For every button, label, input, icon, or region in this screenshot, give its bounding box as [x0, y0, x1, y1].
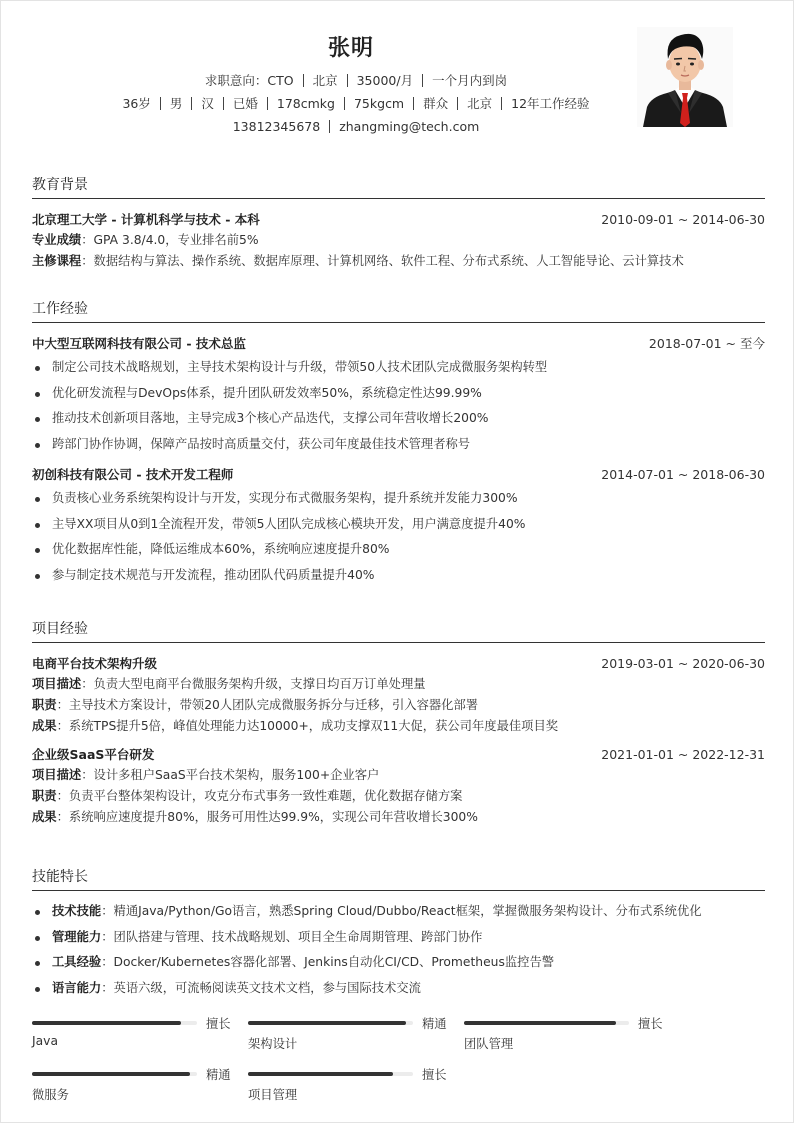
ethnicity: 汉 [201, 96, 214, 111]
project-detail: 成果：系统响应速度提升80%，服务可用性达99.9%，实现公司年营收增长300% [32, 807, 765, 828]
work-section: 工作经验 中大型互联网科技有限公司 - 技术总监 2018-07-01 ~ 至今… [32, 299, 765, 588]
list-item: 优化数据库性能，降低运维成本60%，系统响应速度提升80% [32, 537, 765, 563]
list-item: 制定公司技术战略规划，主导技术架构设计与升级，带领50人技术团队完成微服务架构转… [32, 355, 765, 381]
skill-bar-java: 擅长 Java [32, 1016, 232, 1060]
work-date: 2014-07-01 ~ 2018-06-30 [601, 467, 765, 482]
list-item: 工具经验：Docker/Kubernetes容器化部署、Jenkins自动化CI… [32, 950, 765, 976]
work-years: 12年工作经验 [511, 96, 589, 111]
avatar [637, 27, 733, 127]
detail-value: 数据结构与算法、操作系统、数据库原理、计算机网络、软件工程、分布式系统、人工智能… [94, 254, 684, 268]
detail-label: 职责 [32, 698, 57, 712]
contact-line: 13812345678zhangming@tech.com [1, 118, 711, 136]
skill-detail: 团队搭建与管理、技术战略规划、项目全生命周期管理、跨部门协作 [114, 930, 483, 944]
email: zhangming@tech.com [339, 119, 479, 134]
skill-name: 微服务 [32, 1085, 69, 1103]
separator [422, 74, 423, 87]
detail-label: 主修课程 [32, 254, 81, 268]
section-title-education: 教育背景 [32, 175, 765, 199]
separator [329, 120, 330, 133]
skill-bar-project-management: 擅长 项目管理 [248, 1067, 448, 1111]
separator [344, 97, 345, 110]
project-name: 企业级SaaS平台研发 [32, 745, 154, 763]
school-degree: 北京理工大学 - 计算机科学与技术 - 本科 [32, 210, 260, 228]
availability: 一个月内到岗 [432, 73, 507, 88]
skills-section: 技能特长 技术技能：精通Java/Python/Go语言，熟悉Spring Cl… [32, 867, 765, 1001]
skill-bar-fill [32, 1021, 181, 1025]
list-item: 主导XX项目从0到1全流程开发，带领5人团队完成核心模块开发，用户满意度提升40… [32, 512, 765, 538]
education-detail: 专业成绩：GPA 3.8/4.0，专业排名前5% [32, 230, 765, 251]
skill-level: 精通 [206, 1065, 231, 1083]
section-title-work: 工作经验 [32, 299, 765, 323]
skill-bar-fill [248, 1072, 393, 1076]
detail-value: GPA 3.8/4.0，专业排名前5% [94, 233, 259, 247]
section-title-skills: 技能特长 [32, 867, 765, 891]
separator [501, 97, 502, 110]
company-role: 中大型互联网科技有限公司 - 技术总监 [32, 334, 246, 352]
skill-bar-track [248, 1021, 413, 1025]
section-title-projects: 项目经验 [32, 619, 765, 643]
education-entry-header: 北京理工大学 - 计算机科学与技术 - 本科 2010-09-01 ~ 2014… [32, 208, 765, 230]
separator [267, 97, 268, 110]
expected-salary: 35000/月 [357, 73, 413, 88]
list-item: 技术技能：精通Java/Python/Go语言，熟悉Spring Cloud/D… [32, 899, 765, 925]
detail-label: 专业成绩 [32, 233, 81, 247]
height: 178cmkg [277, 96, 335, 111]
skill-detail: Docker/Kubernetes容器化部署、Jenkins自动化CI/CD、P… [114, 955, 555, 969]
list-item: 参与制定技术规范与开发流程，推动团队代码质量提升40% [32, 563, 765, 589]
separator [347, 74, 348, 87]
skill-name: 架构设计 [248, 1034, 297, 1052]
phone: 13812345678 [233, 119, 320, 134]
detail-value: 主导技术方案设计，带领20人团队完成微服务拆分与迁移，引入容器化部署 [69, 698, 478, 712]
marital-status: 已婚 [233, 96, 258, 111]
skill-category: 技术技能 [52, 904, 101, 918]
work-date: 2018-07-01 ~ 至今 [649, 334, 765, 352]
list-item: 管理能力：团队搭建与管理、技术战略规划、项目全生命周期管理、跨部门协作 [32, 925, 765, 951]
project-detail: 项目描述：负责大型电商平台微服务架构升级，支撑日均百万订单处理量 [32, 674, 765, 695]
detail-label: 项目描述 [32, 768, 81, 782]
skill-level: 擅长 [206, 1014, 231, 1032]
skill-detail: 英语六级，可流畅阅读英文技术文档，参与国际技术交流 [114, 981, 421, 995]
resume-header: 张明 求职意向：CTO北京35000/月一个月内到岗 36岁男汉已婚178cmk… [1, 1, 794, 161]
work-bullets: 制定公司技术战略规划，主导技术架构设计与升级，带领50人技术团队完成微服务架构转… [32, 355, 765, 457]
gender: 男 [170, 96, 183, 111]
skill-category: 管理能力 [52, 930, 101, 944]
separator [303, 74, 304, 87]
skills-bullets: 技术技能：精通Java/Python/Go语言，熟悉Spring Cloud/D… [32, 899, 765, 1001]
skill-bar-fill [464, 1021, 616, 1025]
education-date: 2010-09-01 ~ 2014-06-30 [601, 212, 765, 227]
separator [413, 97, 414, 110]
skill-detail: 精通Java/Python/Go语言，熟悉Spring Cloud/Dubbo/… [114, 904, 702, 918]
project-name: 电商平台技术架构升级 [32, 654, 157, 672]
job-intent-line: 求职意向：CTO北京35000/月一个月内到岗 [1, 72, 711, 90]
separator [191, 97, 192, 110]
project-detail: 项目描述：设计多租户SaaS平台技术架构，服务100+企业客户 [32, 765, 765, 786]
weight: 75kgcm [354, 96, 404, 111]
job-intent: 求职意向：CTO [205, 73, 294, 88]
political-status: 群众 [423, 96, 448, 111]
resume-page: 张明 求职意向：CTO北京35000/月一个月内到岗 36岁男汉已婚178cmk… [0, 0, 794, 1123]
skill-bar-microservices: 精通 微服务 [32, 1067, 232, 1111]
skill-name: 项目管理 [248, 1085, 297, 1103]
project-detail: 成果：系统TPS提升5倍，峰值处理能力达10000+，成功支撑双11大促，获公司… [32, 716, 765, 737]
skill-bars: 擅长 Java 精通 架构设计 擅长 团队管理 精通 微服务 擅长 项目管理 [32, 1016, 682, 1116]
avatar-illustration-icon [637, 27, 733, 127]
list-item: 优化研发流程与DevOps体系，提升团队研发效率50%，系统稳定性达99.99% [32, 381, 765, 407]
detail-label: 项目描述 [32, 677, 81, 691]
residence: 北京 [467, 96, 492, 111]
work-entry-header: 中大型互联网科技有限公司 - 技术总监 2018-07-01 ~ 至今 [32, 332, 765, 354]
work-bullets: 负责核心业务系统架构设计与开发，实现分布式微服务架构，提升系统并发能力300% … [32, 486, 765, 588]
skill-bar-track [464, 1021, 629, 1025]
skill-category: 语言能力 [52, 981, 101, 995]
skill-name: 团队管理 [464, 1034, 513, 1052]
intent-city: 北京 [313, 73, 338, 88]
separator [457, 97, 458, 110]
personal-info-line: 36岁男汉已婚178cmkg75kgcm群众北京12年工作经验 [1, 95, 711, 113]
separator [223, 97, 224, 110]
list-item: 负责核心业务系统架构设计与开发，实现分布式微服务架构，提升系统并发能力300% [32, 486, 765, 512]
skill-bar-track [248, 1072, 413, 1076]
company-role: 初创科技有限公司 - 技术开发工程师 [32, 465, 233, 483]
separator [160, 97, 161, 110]
skill-level: 擅长 [422, 1065, 447, 1083]
skill-bar-track [32, 1021, 197, 1025]
project-entry-header: 电商平台技术架构升级 2019-03-01 ~ 2020-06-30 [32, 652, 765, 674]
detail-value: 系统TPS提升5倍，峰值处理能力达10000+，成功支撑双11大促，获公司年度最… [69, 719, 558, 733]
project-entry-header: 企业级SaaS平台研发 2021-01-01 ~ 2022-12-31 [32, 743, 765, 765]
project-detail: 职责：负责平台整体架构设计，攻克分布式事务一致性难题，优化数据存储方案 [32, 786, 765, 807]
skill-level: 精通 [422, 1014, 447, 1032]
list-item: 推动技术创新项目落地，主导完成3个核心产品迭代，支撑公司年营收增长200% [32, 406, 765, 432]
project-date: 2021-01-01 ~ 2022-12-31 [601, 747, 765, 762]
detail-value: 设计多租户SaaS平台技术架构，服务100+企业客户 [94, 768, 380, 782]
skill-bar-fill [32, 1072, 190, 1076]
detail-label: 职责 [32, 789, 57, 803]
detail-label: 成果 [32, 719, 57, 733]
projects-section: 项目经验 电商平台技术架构升级 2019-03-01 ~ 2020-06-30 … [32, 619, 765, 828]
skill-bar-team-management: 擅长 团队管理 [464, 1016, 664, 1060]
education-section: 教育背景 北京理工大学 - 计算机科学与技术 - 本科 2010-09-01 ~… [32, 175, 765, 272]
age: 36岁 [122, 96, 150, 111]
detail-label: 成果 [32, 810, 57, 824]
education-detail: 主修课程：数据结构与算法、操作系统、数据库原理、计算机网络、软件工程、分布式系统… [32, 251, 765, 272]
skill-bar-fill [248, 1021, 406, 1025]
list-item: 语言能力：英语六级，可流畅阅读英文技术文档，参与国际技术交流 [32, 976, 765, 1002]
detail-value: 负责大型电商平台微服务架构升级，支撑日均百万订单处理量 [94, 677, 426, 691]
skill-bar-track [32, 1072, 197, 1076]
skill-name: Java [32, 1034, 58, 1048]
skill-bar-architecture: 精通 架构设计 [248, 1016, 448, 1060]
skill-level: 擅长 [638, 1014, 663, 1032]
detail-value: 系统响应速度提升80%，服务可用性达99.9%，实现公司年营收增长300% [69, 810, 478, 824]
skill-category: 工具经验 [52, 955, 101, 969]
work-entry-header: 初创科技有限公司 - 技术开发工程师 2014-07-01 ~ 2018-06-… [32, 463, 765, 485]
detail-value: 负责平台整体架构设计，攻克分布式事务一致性难题，优化数据存储方案 [69, 789, 463, 803]
project-detail: 职责：主导技术方案设计，带领20人团队完成微服务拆分与迁移，引入容器化部署 [32, 695, 765, 716]
candidate-name: 张明 [1, 31, 701, 62]
list-item: 跨部门协作协调，保障产品按时高质量交付，获公司年度最佳技术管理者称号 [32, 432, 765, 458]
project-date: 2019-03-01 ~ 2020-06-30 [601, 656, 765, 671]
